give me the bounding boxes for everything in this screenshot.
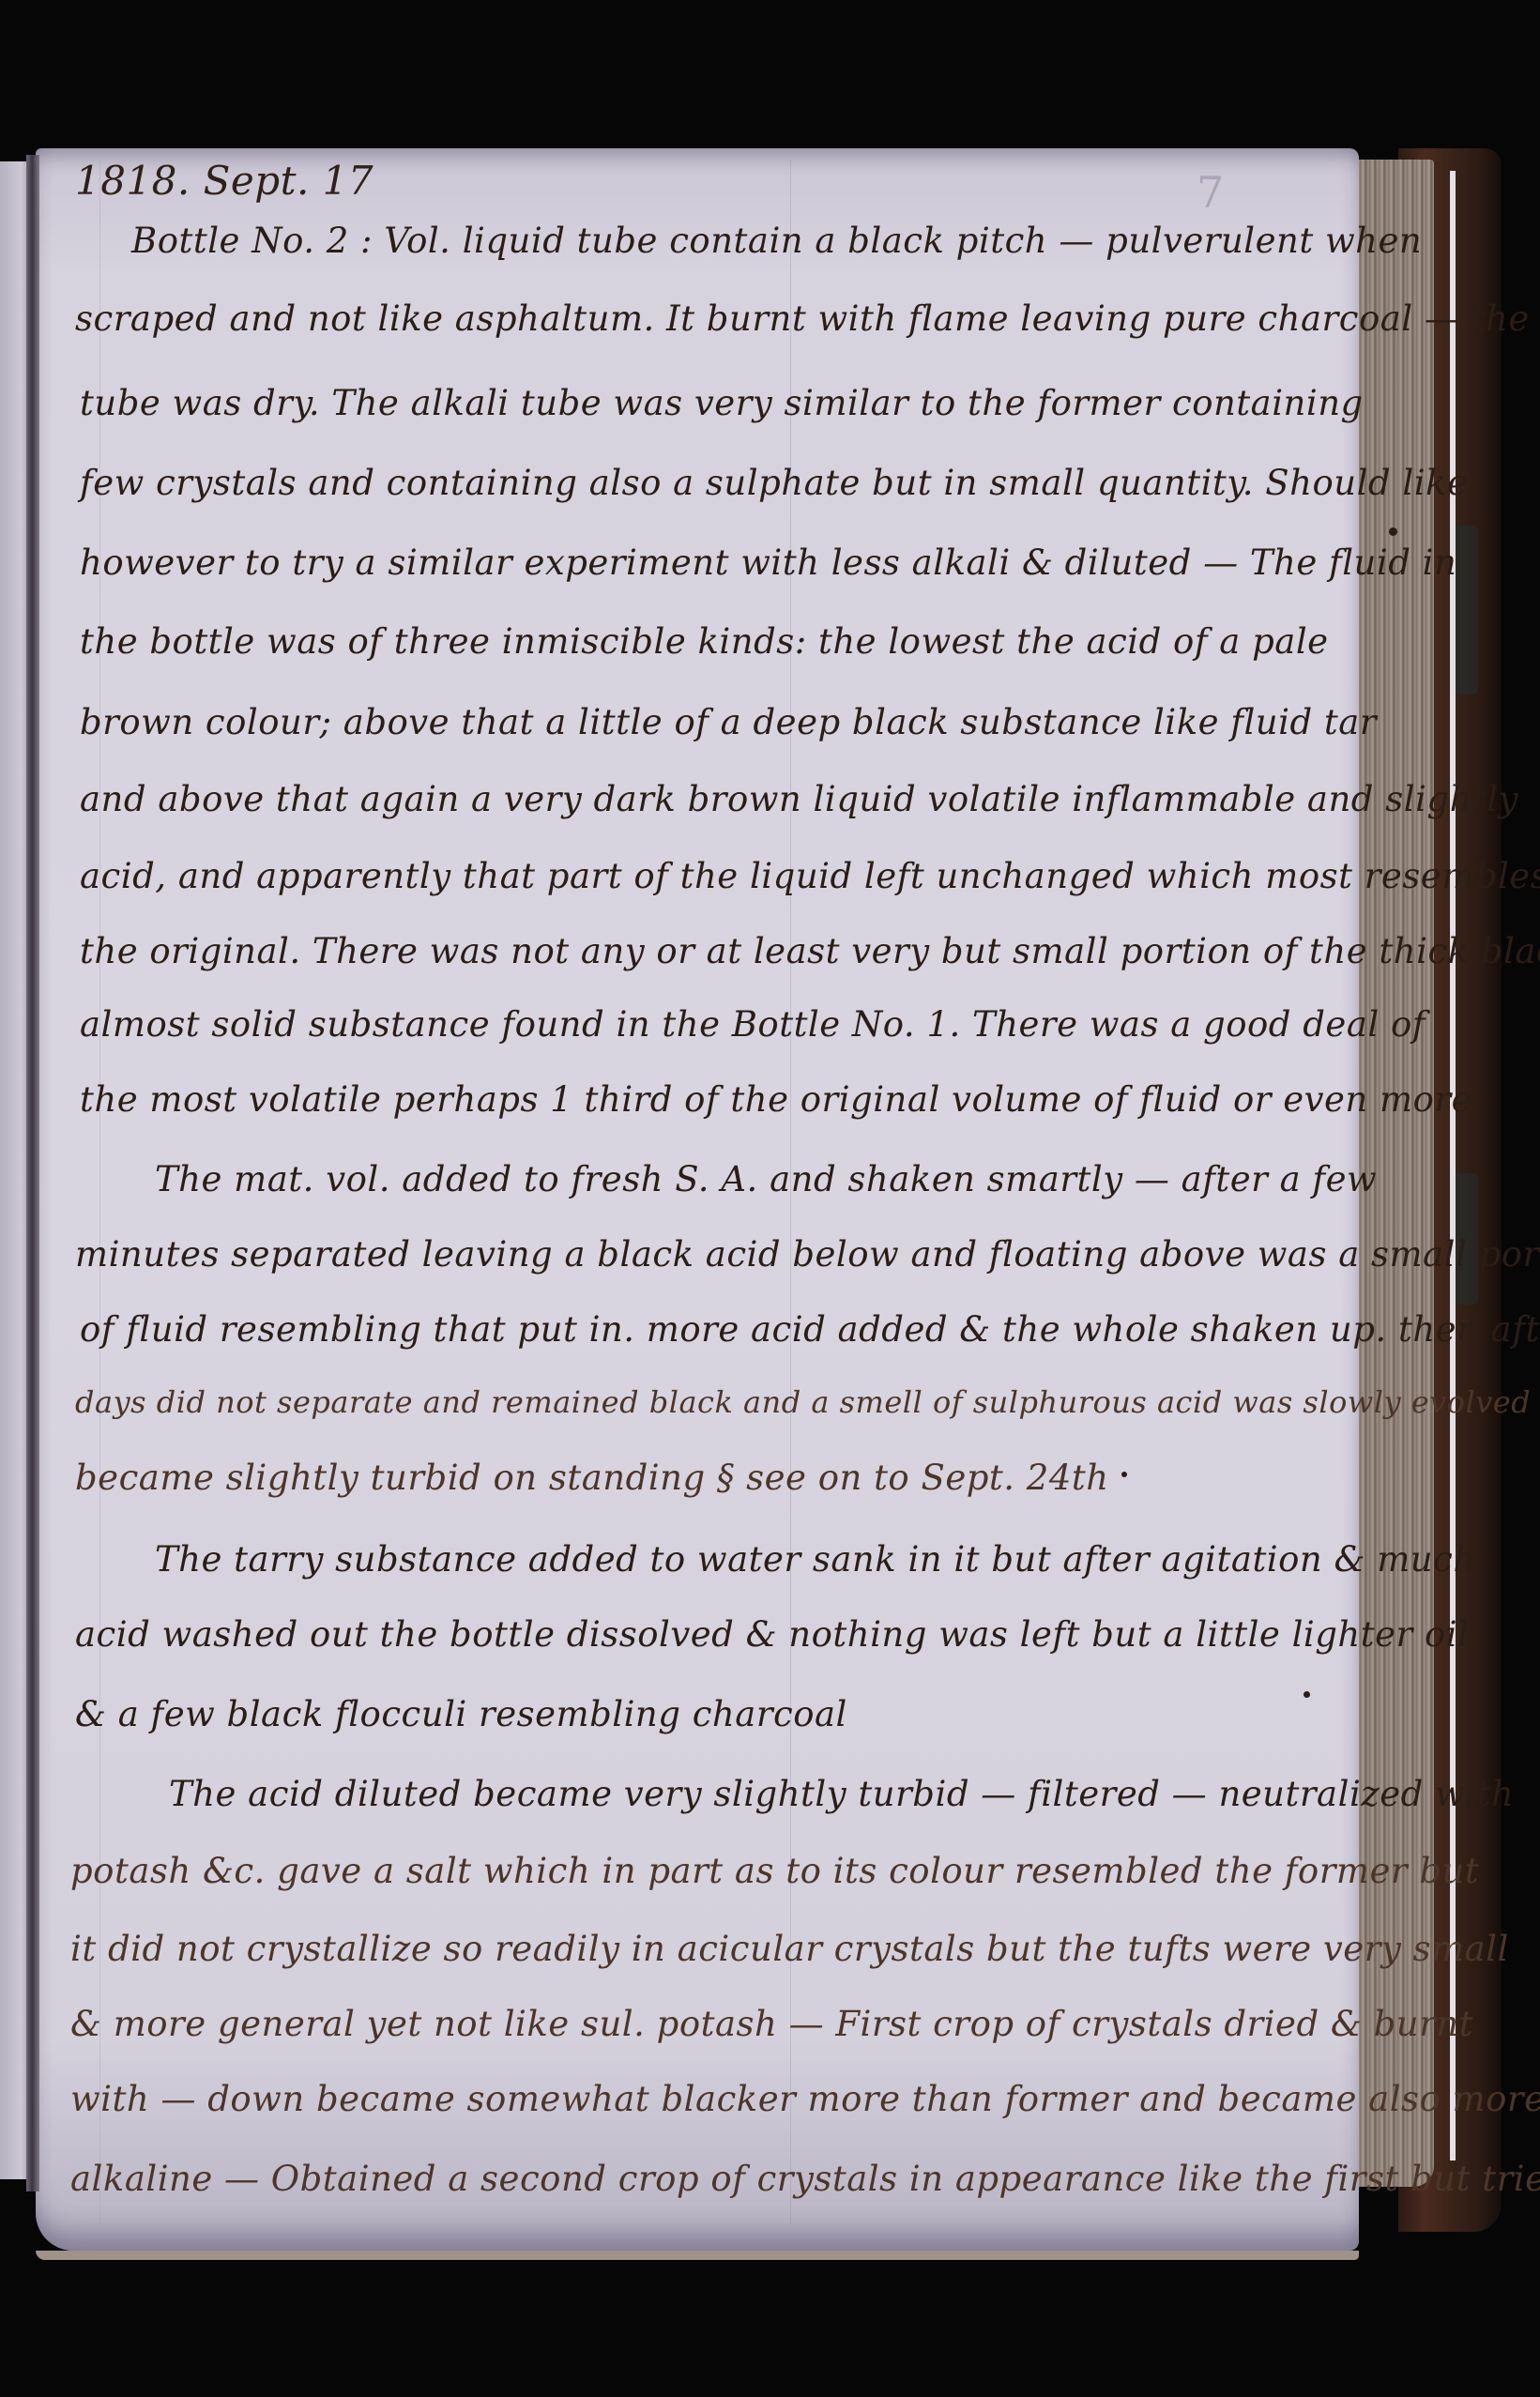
text-line: brown colour; above that a little of a d… — [80, 702, 1377, 742]
text-line: The acid diluted became very slightly tu… — [169, 1774, 1514, 1814]
text-line: acid washed out the bottle dissolved & n… — [75, 1614, 1469, 1655]
ink-spot — [1389, 527, 1397, 536]
text-line: acid, and apparently that part of the li… — [80, 856, 1540, 896]
book-gutter — [26, 155, 39, 2191]
text-line: became slightly turbid on standing § see… — [75, 1458, 1109, 1498]
text-line: the most volatile perhaps 1 third of the… — [80, 1079, 1472, 1120]
text-line: days did not separate and remained black… — [75, 1384, 1540, 1420]
text-line: and above that again a very dark brown l… — [80, 779, 1518, 819]
page-number: 7 — [1197, 167, 1224, 218]
text-line: of fluid resembling that put in. more ac… — [80, 1309, 1540, 1350]
ink-spot — [1121, 1472, 1127, 1477]
text-line: minutes separated leaving a black acid b… — [75, 1234, 1540, 1275]
date-heading: 1818. Sept. 17 — [75, 158, 374, 204]
text-line: The tarry substance added to water sank … — [155, 1539, 1476, 1580]
text-line: & more general yet not like sul. potash … — [70, 2004, 1473, 2044]
text-line: The mat. vol. added to fresh S. A. and s… — [155, 1159, 1377, 1199]
text-line: alkaline — Obtained a second crop of cry… — [70, 2159, 1540, 2199]
text-line: few crystals and containing also a sulph… — [80, 463, 1468, 503]
text-line: the bottle was of three inmiscible kinds… — [80, 621, 1329, 662]
text-line: & a few black flocculi resembling charco… — [75, 1694, 847, 1734]
text-line: it did not crystallize so readily in aci… — [70, 1929, 1509, 1969]
text-line: however to try a similar experiment with… — [80, 542, 1456, 583]
text-line: Bottle No. 2 : Vol. liquid tube contain … — [131, 221, 1422, 261]
text-line: potash &c. gave a salt which in part as … — [70, 1851, 1479, 1891]
text-line: almost solid substance found in the Bott… — [80, 1004, 1426, 1045]
text-line: the original. There was not any or at le… — [80, 931, 1540, 971]
text-line: with — down became somewhat blacker more… — [70, 2079, 1540, 2119]
text-line: tube was dry. The alkali tube was very s… — [80, 383, 1364, 423]
page-bottom-edge — [36, 2251, 1359, 2260]
text-line: scraped and not like asphaltum. It burnt… — [75, 298, 1530, 339]
ink-spot — [1304, 1691, 1310, 1698]
